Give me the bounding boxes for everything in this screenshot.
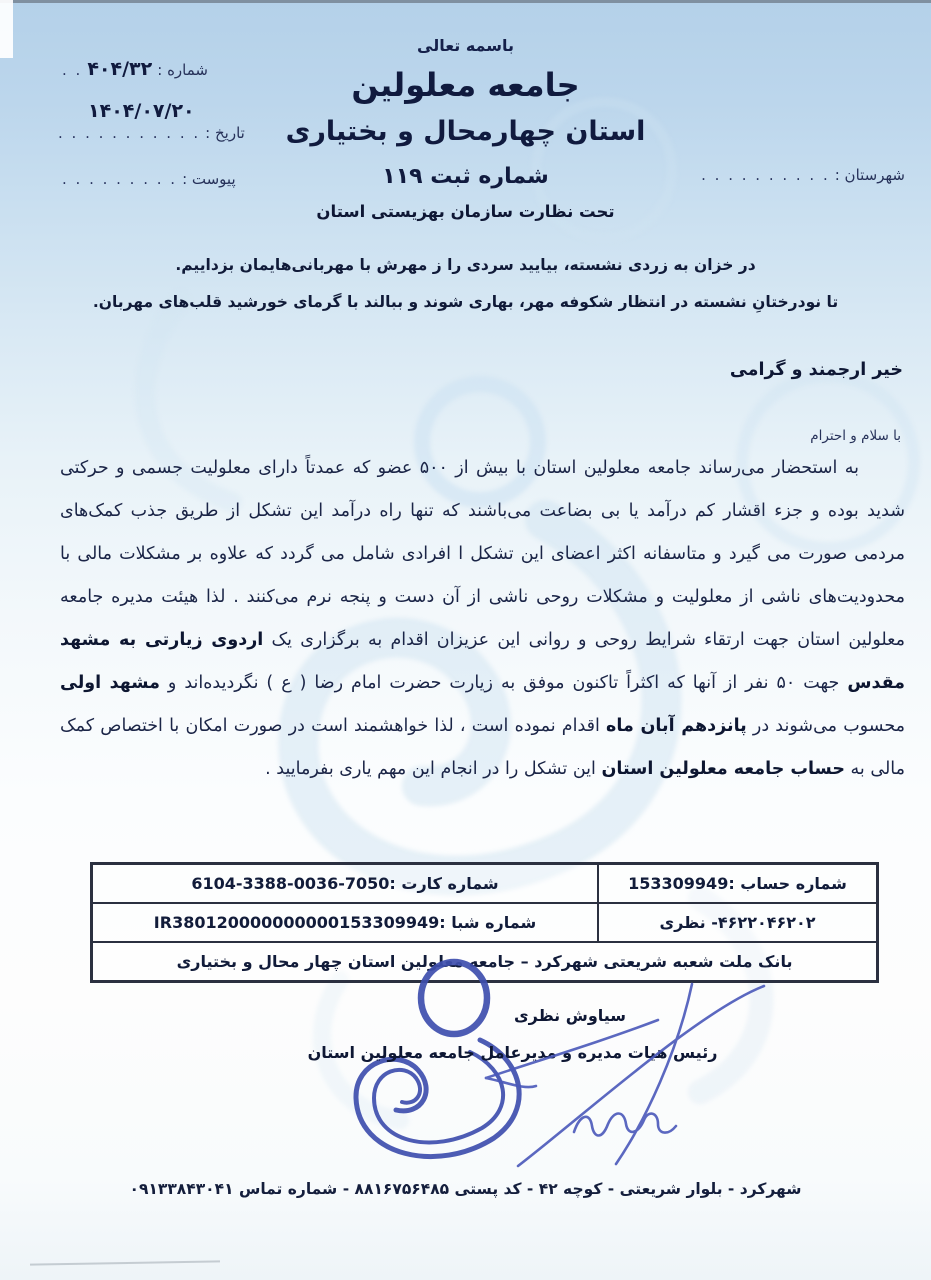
body-segment: محسوب می‌شوند در bbox=[747, 716, 905, 736]
sheba-label: شماره شبا : bbox=[439, 913, 536, 932]
letter-date-value: ۱۴۰۴/۰۷/۲۰ bbox=[88, 100, 195, 122]
handwritten-signature bbox=[478, 980, 796, 1168]
body-segment: جهت ۵۰ نفر از آنها که اکثراً تاکنون موفق… bbox=[160, 673, 847, 693]
letter-date-row: تاریخ : . . . . . . . . . . . bbox=[58, 124, 245, 142]
card-number-cell: شماره کارت : 6104-3388-0036-7050 bbox=[92, 864, 598, 903]
body-segment-bold: حساب جامعه معلولین استان bbox=[601, 759, 845, 779]
attachment-label: پیوست : bbox=[182, 170, 236, 188]
poem-line-2: تا نودرختانِ نشسته در انتظار شکوفه مهر، … bbox=[0, 293, 931, 311]
holder-cell: ۴۶۲۲۰۴۶۲۰۲- نظری bbox=[598, 903, 877, 942]
body-segment: این تشکل را در انجام این مهم یاری بفرمای… bbox=[265, 759, 601, 779]
footer-address: شهرکرد - بلوار شریعتی - کوچه ۴۲ - کد پست… bbox=[0, 1180, 931, 1198]
letter-number-value: ۴۰۴/۳۲ bbox=[87, 58, 152, 80]
county-dots: . . . . . . . . . . bbox=[701, 166, 830, 184]
letter-date-dots: . . . . . . . . . . . bbox=[58, 124, 200, 142]
letter-date-label: تاریخ : bbox=[205, 124, 245, 142]
sheba-value: IR380120000000000153309949 bbox=[154, 913, 439, 932]
letter-number-dots: . . bbox=[62, 61, 82, 79]
attachment-row: پیوست : . . . . . . . . . bbox=[62, 170, 236, 188]
greeting: با سلام و احترام bbox=[810, 428, 901, 444]
card-number-value: 6104-3388-0036-7050 bbox=[191, 874, 389, 893]
body-segment-bold: پانزدهم آبان ماه bbox=[606, 716, 747, 736]
stamp-text: جامعه معلولین استان چهار محال و بختیاری … bbox=[318, 958, 324, 961]
letter-number-row: شماره : ۴۰۴/۳۲ . . bbox=[62, 58, 208, 80]
card-number-label: شماره کارت : bbox=[389, 874, 498, 893]
account-number-cell: شماره حساب : 153309949 bbox=[598, 864, 877, 903]
bismillah-line: باسمه تعالی bbox=[0, 36, 931, 55]
sheba-cell: شماره شبا : IR380120000000000153309949 bbox=[92, 903, 598, 942]
salutation: خیر ارجمند و گرامی bbox=[730, 360, 903, 380]
scanned-letter-page: باسمه تعالی جامعه معلولین استان چهارمحال… bbox=[0, 0, 931, 1280]
account-number-value: 153309949 bbox=[628, 874, 728, 893]
body-segment: به استحضار می‌رساند جامعه معلولین استان … bbox=[60, 458, 905, 650]
svg-text:جامعه معلولین استان چهار محال: جامعه معلولین استان چهار محال و بختیاری … bbox=[318, 958, 324, 961]
account-number-label: شماره حساب : bbox=[728, 874, 847, 893]
body-segment-bold: مشهد اولی bbox=[60, 673, 160, 693]
supervision-line: تحت نظارت سازمان بهزیستی استان bbox=[0, 202, 931, 221]
poem-line-1: در خزان به زردی نشسته، بیایید سردی را ز … bbox=[0, 256, 931, 274]
scan-edge-top bbox=[0, 0, 931, 3]
county-row: شهرستان : . . . . . . . . . . bbox=[701, 166, 905, 184]
body-paragraph: به استحضار می‌رساند جامعه معلولین استان … bbox=[60, 447, 905, 791]
county-label: شهرستان : bbox=[835, 166, 905, 184]
attachment-dots: . . . . . . . . . bbox=[62, 170, 177, 188]
letter-number-label: شماره : bbox=[157, 61, 208, 79]
scan-edge-bottom bbox=[30, 1260, 220, 1265]
